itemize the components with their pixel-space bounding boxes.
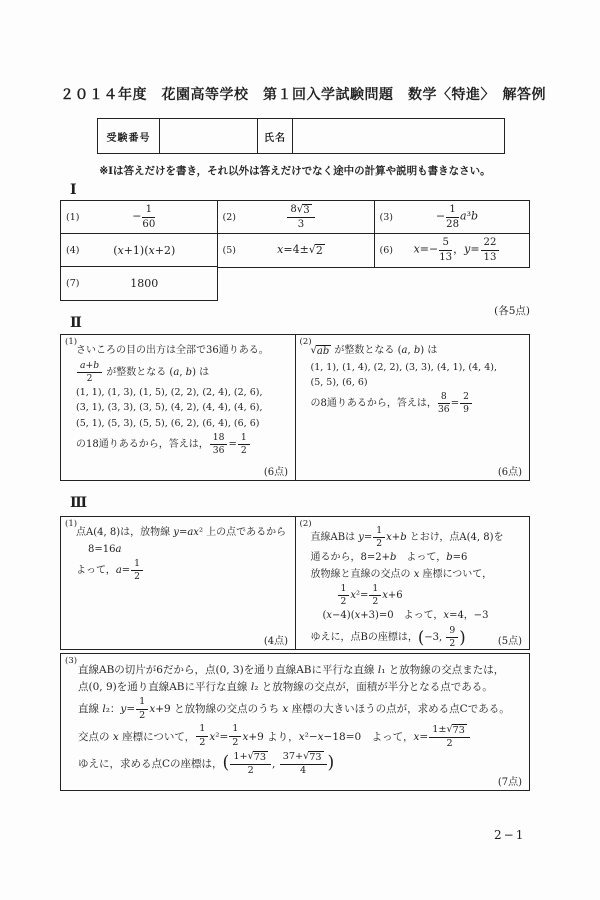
examinee-number-label: 受験番号 <box>107 129 151 144</box>
item-number: (3) <box>380 212 393 223</box>
solution-line: 8=16a <box>76 543 289 558</box>
item-number: (1) <box>65 519 77 529</box>
solution-line: の8通りあるから，答えは，836=29 <box>311 392 524 415</box>
answer-cell-7: (7) 1800 <box>60 266 218 301</box>
answer-cell-6: (6) x=−513，y=2213 <box>374 233 531 268</box>
item-number: (1) <box>66 212 79 223</box>
solution-box-3-2: (2) 直線ABは y=12x+b とおけ，点A(4, 8)を 通るから，8=2… <box>295 516 531 650</box>
points-label: (6点) <box>264 463 288 478</box>
solution-line: (5, 5), (6, 6) <box>311 376 524 390</box>
answer-value: 1800 <box>79 277 217 290</box>
scanned-answer-sheet: ２０１４年度 花園高等学校 第１回入学試験問題 数学〈特進〉 解答例 受験番号 … <box>0 0 600 900</box>
answer-cell-5: (5) x=4±√2 <box>217 233 376 268</box>
solution-line: (5, 1), (5, 3), (5, 5), (6, 2), (6, 4), … <box>76 417 289 431</box>
solution-line: 直線ABは y=12x+b とおけ，点A(4, 8)を <box>311 526 524 549</box>
solution-line: √ab が整数となる (a, b) は <box>311 344 524 359</box>
solution-line: ゆえに，点Bの座標は，(−3, 92) <box>311 626 524 649</box>
examinee-number-field <box>159 118 259 154</box>
section-1-points-note: (各5点) <box>60 303 530 318</box>
points-label: (5点) <box>498 632 522 647</box>
examinee-number-label-cell: 受験番号 <box>97 118 160 154</box>
solution-line: (1, 1), (1, 4), (2, 2), (3, 3), (4, 1), … <box>311 361 524 375</box>
solution-line: の18通りあるから，答えは，1836=12 <box>76 433 289 456</box>
item-number: (4) <box>66 245 79 256</box>
solution-line: 直線 l₂：y=12x+9 と放物線の交点のうち x 座標の大きいほうの点が，求… <box>78 697 523 721</box>
item-number: (2) <box>223 212 236 223</box>
solution-line: 放物線と直線の交点の x 座標について， <box>311 568 524 583</box>
solution-box-3-3: (3) 直線ABの切片が6だから，点(0, 3)を通り直線ABに平行な直線 l₁… <box>60 653 530 791</box>
points-label: (4点) <box>264 632 288 647</box>
solution-line: 点(0, 9)を通り直線ABに平行な直線 l₂ と放物線の交点が，面積が半分とな… <box>78 680 523 695</box>
solution-line: (1, 1), (1, 3), (1, 5), (2, 2), (2, 4), … <box>76 386 289 400</box>
solution-line: (3, 1), (3, 3), (3, 5), (4, 2), (4, 4), … <box>76 401 289 415</box>
exam-title: ２０１４年度 花園高等学校 第１回入学試験問題 数学〈特進〉 解答例 <box>60 84 530 104</box>
answer-value: −128a³b <box>393 204 529 229</box>
answer-cell-4: (4) (x+1)(x+2) <box>60 233 218 268</box>
solution-line: よって，a=12 <box>76 559 289 582</box>
solution-line: 12x²=12x+6 <box>311 584 524 607</box>
solution-box-2-2: (2) √ab が整数となる (a, b) は (1, 1), (1, 4), … <box>295 334 531 481</box>
solution-line: 直線ABの切片が6だから，点(0, 3)を通り直線ABに平行な直線 l₁ と放物… <box>78 663 523 678</box>
section-2-label: Ⅱ <box>70 315 82 331</box>
points-label: (6点) <box>498 463 522 478</box>
item-number: (1) <box>65 337 77 347</box>
solution-line: 通るから，8=2+b よって，b=6 <box>311 551 524 566</box>
answer-value: x=−513，y=2213 <box>393 237 529 262</box>
item-number: (6) <box>380 245 393 256</box>
answer-value: −160 <box>79 204 217 229</box>
item-number: (5) <box>223 245 236 256</box>
item-number: (2) <box>300 337 312 347</box>
solution-line: (x−4)(x+3)=0 よって，x=4，−3 <box>311 609 524 624</box>
answer-value: 8√33 <box>236 204 374 231</box>
answer-cell-1: (1) −160 <box>60 200 218 234</box>
instruction-note: ※Ⅰは答えだけを書き，それ以外は答えだけでなく途中の計算や説明も書きなさい。 <box>60 163 530 178</box>
solution-line: 点A(4, 8)は，放物線 y=ax² 上の点であるから <box>76 526 289 541</box>
name-label: 氏名 <box>264 129 286 144</box>
solution-line: ゆえに，求める点Cの座標は，(1+√732, 37+√734) <box>78 751 523 777</box>
points-label: (7点) <box>498 773 522 788</box>
solution-line: a+b2 が整数となる (a, b) は <box>76 361 289 384</box>
item-number: (7) <box>66 278 79 289</box>
answer-value: (x+1)(x+2) <box>79 244 217 257</box>
answer-value: x=4±√2 <box>236 243 374 258</box>
item-number: (2) <box>300 519 312 529</box>
answer-cell-2: (2) 8√33 <box>217 200 376 234</box>
solution-line: さいころの目の出方は全部で36通りある。 <box>76 344 289 359</box>
answer-cell-3: (3) −128a³b <box>374 200 531 234</box>
section-1-label: Ⅰ <box>70 182 77 198</box>
solution-line: 交点の x 座標について，12x²=12x+9 より，x²−x−18=0 よって… <box>78 724 523 750</box>
section-3-label: Ⅲ <box>70 495 87 511</box>
name-field <box>292 118 506 154</box>
solution-box-3-1: (1) 点A(4, 8)は，放物線 y=ax² 上の点であるから 8=16a よ… <box>60 516 296 650</box>
solution-box-2-1: (1) さいころの目の出方は全部で36通りある。 a+b2 が整数となる (a,… <box>60 334 296 481</box>
page-number: 2−1 <box>494 828 525 842</box>
name-label-cell: 氏名 <box>257 118 293 154</box>
item-number: (3) <box>65 656 77 666</box>
